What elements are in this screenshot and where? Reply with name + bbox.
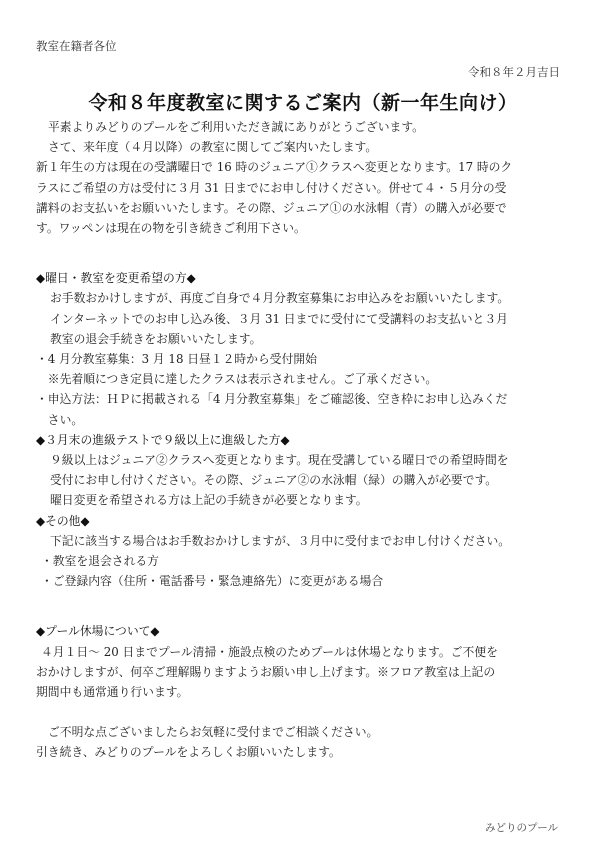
section-line: 下記に該当する場合はお手数おかけしますが、３月中に受付までお申し付けください。 (36, 531, 566, 551)
section-line: インターネットでのお申し込み後、３月 31 日までに受付にて受講料のお支払いと３… (36, 309, 566, 329)
intro-line: す。ワッペンは現在の物を引き続きご利用下さい。 (36, 218, 566, 238)
page-title: 令和８年度教室に関するご案内（新一年生向け） (0, 88, 600, 115)
section-heading-pool-closure: ◆プール休場について◆ (36, 621, 566, 641)
section-line: 期間中も通常通り行います。 (36, 682, 566, 702)
section-heading-change-request: ◆曜日・教室を変更希望の方◆ (36, 268, 566, 288)
section-heading-other: ◆その他◆ (36, 511, 566, 531)
section-line: ９級以上はジュニア②クラスへ変更となります。現在受講している曜日での希望時間を (36, 450, 566, 470)
spacer (36, 591, 566, 611)
section-line: 曜日変更を希望される方は上記の手続きが必要となります。 (36, 490, 566, 510)
issue-date: 令和８年２月吉日 (468, 64, 560, 80)
closing-line: ご不明な点ございましたらお気軽に受付までご相談ください。 (36, 722, 566, 742)
intro-line: ラスにご希望の方は受付に３月 31 日までにお申し付けください。併せて４・５月分… (36, 178, 566, 198)
signature: みどりのプール (485, 820, 558, 835)
bullet-item: ・4 月分教室募集：3 月 18 日昼１２時から受付開始 (36, 349, 566, 369)
lead: さて、来年度（４月以降）の教室に関してご案内いたします。 (36, 137, 566, 157)
section-line: 教室の退会手続きをお願いいたします。 (36, 329, 566, 349)
addressee: 教室在籍者各位 (36, 38, 117, 54)
section-line: おかけしますが、何卒ご理解賜りますようお願い申し上げます。※フロア教室は上記の (36, 662, 566, 682)
notice-body: 平素よりみどりのプールをご利用いただき誠にありがとうございます。 さて、来年度（… (36, 117, 566, 763)
spacer (36, 702, 566, 722)
bullet-item: ・申込方法：ＨＰに掲載される「4 月分教室募集」をご確認後、空き枠にお申し込みく… (36, 389, 566, 409)
notice-page: 教室在籍者各位 令和８年２月吉日 令和８年度教室に関するご案内（新一年生向け） … (0, 0, 600, 849)
section-line: ４月１日～ 20 日までプール清掃・施設点検のためプールは休場となります。ご不便… (36, 642, 566, 662)
closing-line: 引き続き、みどりのプールをよろしくお願いいたします。 (36, 742, 566, 762)
intro-line: 新１年生の方は現在の受講曜日で 16 時のジュニア①クラスへ変更となります。17… (36, 157, 566, 177)
bullet-item: ・教室を退会される方 (36, 551, 566, 571)
section-line: お手数おかけしますが、再度ご自身で４月分教室募集にお申込みをお願いいたします。 (36, 288, 566, 308)
bullet-item: ・ご登録内容（住所・電話番号・緊急連絡先）に変更がある場合 (36, 571, 566, 591)
spacer (36, 258, 566, 268)
section-heading-promotion: ◆３月末の進級テストで９級以上に進級した方◆ (36, 430, 566, 450)
greeting: 平素よりみどりのプールをご利用いただき誠にありがとうございます。 (36, 117, 566, 137)
section-line: 受付にお申し付けください。その際、ジュニア②の水泳帽（緑）の購入が必要です。 (36, 470, 566, 490)
spacer (36, 238, 566, 258)
bullet-note: ※先着順につき定員に達したクラスは表示されません。ご了承ください。 (36, 369, 566, 389)
intro-line: 講料のお支払いをお願いいたします。その際、ジュニア①の水泳帽（青）の購入が必要で (36, 198, 566, 218)
spacer (36, 611, 566, 621)
bullet-continuation: さい。 (36, 410, 566, 430)
